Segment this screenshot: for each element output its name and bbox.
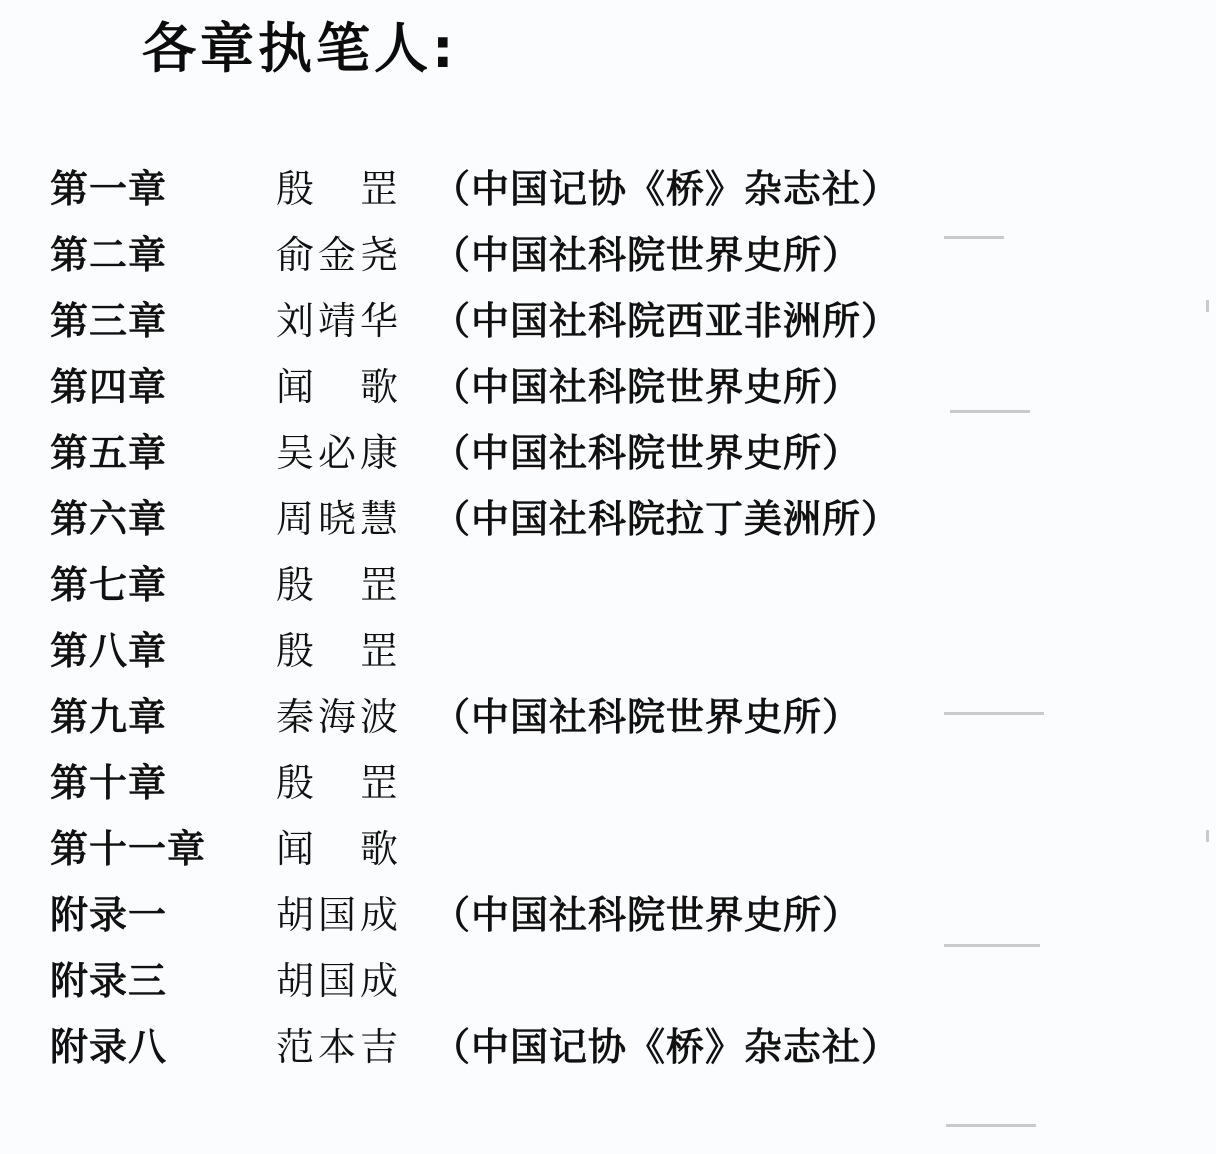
contributor-row: 第二章 俞金尧 （中国社科院世界史所） — [50, 224, 950, 290]
scanned-page: 各章执笔人: 第一章 殷 罡 （中国记协《桥》杂志社） 第二章 俞金尧 （中国社… — [0, 0, 1216, 1154]
contributor-row: 第七章 殷 罡 — [50, 554, 950, 620]
scan-artifact — [944, 712, 1044, 715]
contributor-row: 第六章 周晓慧 （中国社科院拉丁美洲所） — [50, 488, 950, 554]
author-name: 闻 歌 — [276, 356, 402, 418]
contributor-row: 第十章 殷 罡 — [50, 752, 950, 818]
author-affiliation: （中国社科院世界史所） — [432, 224, 861, 286]
chapter-label: 第十章 — [50, 752, 167, 814]
page-title: 各章执笔人: — [142, 14, 458, 84]
author-affiliation: （中国社科院西亚非洲所） — [432, 290, 900, 352]
contributor-row: 附录三 胡国成 — [50, 950, 950, 1016]
chapter-label: 第四章 — [50, 356, 167, 418]
author-name: 殷 罡 — [276, 554, 402, 616]
contributor-row: 第八章 殷 罡 — [50, 620, 950, 686]
author-name: 吴必康 — [276, 422, 402, 484]
author-affiliation: （中国社科院世界史所） — [432, 422, 861, 484]
author-name: 殷 罡 — [276, 158, 402, 220]
author-name: 周晓慧 — [276, 488, 402, 550]
chapter-label: 第五章 — [50, 422, 167, 484]
author-affiliation: （中国社科院拉丁美洲所） — [432, 488, 900, 550]
contributor-row: 第一章 殷 罡 （中国记协《桥》杂志社） — [50, 158, 950, 224]
author-name: 殷 罡 — [276, 752, 402, 814]
author-name: 殷 罡 — [276, 620, 402, 682]
contributor-row: 第四章 闻 歌 （中国社科院世界史所） — [50, 356, 950, 422]
contributor-row: 附录八 范本吉 （中国记协《桥》杂志社） — [50, 1016, 950, 1082]
scan-artifact — [1206, 830, 1209, 842]
chapter-label: 附录三 — [50, 950, 167, 1012]
chapter-label: 附录八 — [50, 1016, 167, 1078]
author-name: 范本吉 — [276, 1016, 402, 1078]
contributor-row: 第九章 秦海波 （中国社科院世界史所） — [50, 686, 950, 752]
chapter-label: 第八章 — [50, 620, 167, 682]
author-affiliation: （中国记协《桥》杂志社） — [432, 158, 900, 220]
chapter-label: 第九章 — [50, 686, 167, 748]
scan-artifact — [950, 410, 1030, 413]
chapter-label: 第七章 — [50, 554, 167, 616]
scan-artifact — [1206, 300, 1209, 312]
chapter-label: 附录一 — [50, 884, 167, 946]
scan-artifact — [946, 1124, 1036, 1127]
author-name: 闻 歌 — [276, 818, 402, 880]
chapter-label: 第六章 — [50, 488, 167, 550]
chapter-label: 第十一章 — [50, 818, 206, 880]
contributor-row: 第三章 刘靖华 （中国社科院西亚非洲所） — [50, 290, 950, 356]
chapter-label: 第一章 — [50, 158, 167, 220]
chapter-label: 第二章 — [50, 224, 167, 286]
contributor-row: 第十一章 闻 歌 — [50, 818, 950, 884]
author-name: 俞金尧 — [276, 224, 402, 286]
contributor-list: 第一章 殷 罡 （中国记协《桥》杂志社） 第二章 俞金尧 （中国社科院世界史所）… — [50, 158, 950, 1082]
contributor-row: 第五章 吴必康 （中国社科院世界史所） — [50, 422, 950, 488]
contributor-row: 附录一 胡国成 （中国社科院世界史所） — [50, 884, 950, 950]
author-affiliation: （中国社科院世界史所） — [432, 356, 861, 418]
chapter-label: 第三章 — [50, 290, 167, 352]
author-name: 秦海波 — [276, 686, 402, 748]
author-name: 刘靖华 — [276, 290, 402, 352]
author-affiliation: （中国社科院世界史所） — [432, 686, 861, 748]
scan-artifact — [944, 236, 1004, 239]
scan-artifact — [944, 944, 1040, 947]
author-name: 胡国成 — [276, 884, 402, 946]
author-affiliation: （中国社科院世界史所） — [432, 884, 861, 946]
author-name: 胡国成 — [276, 950, 402, 1012]
author-affiliation: （中国记协《桥》杂志社） — [432, 1016, 900, 1078]
